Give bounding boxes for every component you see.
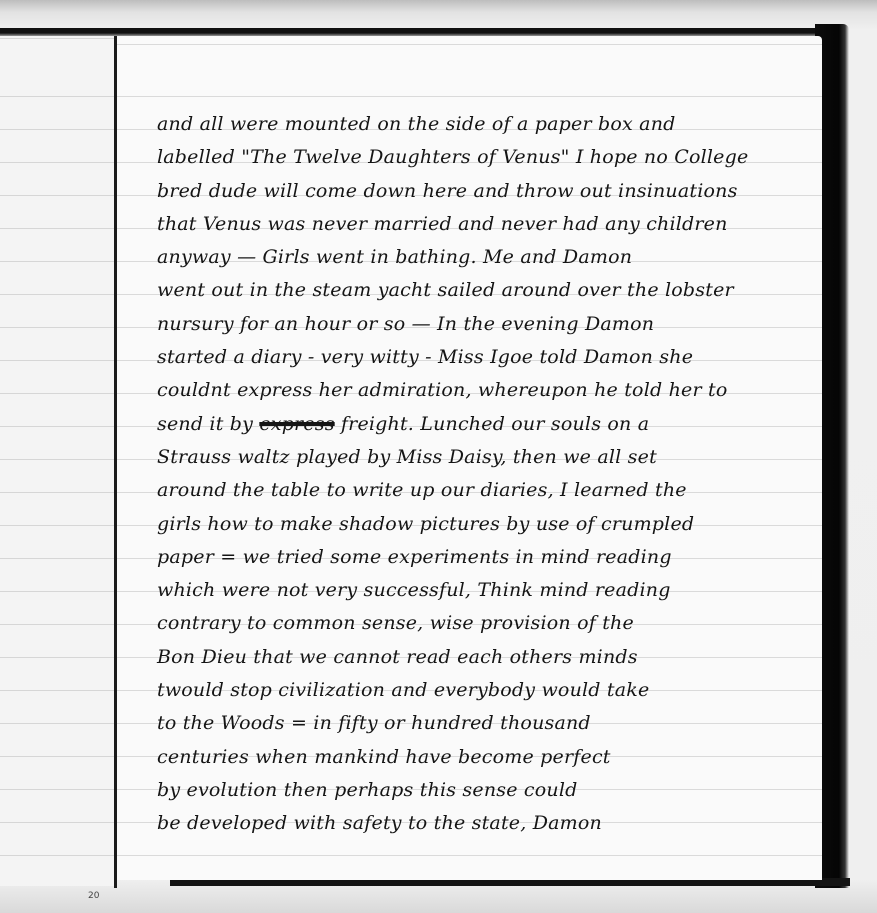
text-line: started a diary - very witty - Miss Igoe… [157, 341, 817, 374]
text-line: be developed with safety to the state, D… [157, 807, 817, 840]
text-line: couldnt express her admiration, whereupo… [157, 374, 817, 407]
text-line: which were not very successful, Think mi… [157, 574, 817, 607]
text-line: labelled "The Twelve Daughters of Venus"… [157, 141, 817, 174]
text-line: to the Woods = in fifty or hundred thous… [157, 707, 817, 740]
line-segment: send it by [157, 413, 259, 435]
text-line: Bon Dieu that we cannot read each others… [157, 641, 817, 674]
line-segment: freight. Lunched our souls on a [335, 413, 650, 435]
book-spine [114, 36, 117, 888]
text-line: girls how to make shadow pictures by use… [157, 508, 817, 541]
handwritten-text: and all were mounted on the side of a pa… [157, 108, 817, 841]
text-line: went out in the steam yacht sailed aroun… [157, 274, 817, 307]
text-line: by evolution then perhaps this sense cou… [157, 774, 817, 807]
text-line: and all were mounted on the side of a pa… [157, 108, 817, 141]
text-line: bred dude will come down here and throw … [157, 175, 817, 208]
right-page: and all were mounted on the side of a pa… [117, 36, 822, 880]
text-line: around the table to write up our diaries… [157, 474, 817, 507]
text-line-with-strikethrough: send it by express freight. Lunched our … [157, 408, 817, 441]
text-line: centuries when mankind have become perfe… [157, 741, 817, 774]
text-line: anyway — Girls went in bathing. Me and D… [157, 241, 817, 274]
text-line: nursury for an hour or so — In the eveni… [157, 308, 817, 341]
text-line: twould stop civilization and everybody w… [157, 674, 817, 707]
text-line: contrary to common sense, wise provision… [157, 607, 817, 640]
struck-out-word: express [259, 413, 334, 435]
text-line: that Venus was never married and never h… [157, 208, 817, 241]
text-line: Strauss waltz played by Miss Daisy, then… [157, 441, 817, 474]
page-number: 20 [88, 891, 99, 901]
text-line: paper = we tried some experiments in min… [157, 541, 817, 574]
left-page: 20 [0, 36, 117, 886]
